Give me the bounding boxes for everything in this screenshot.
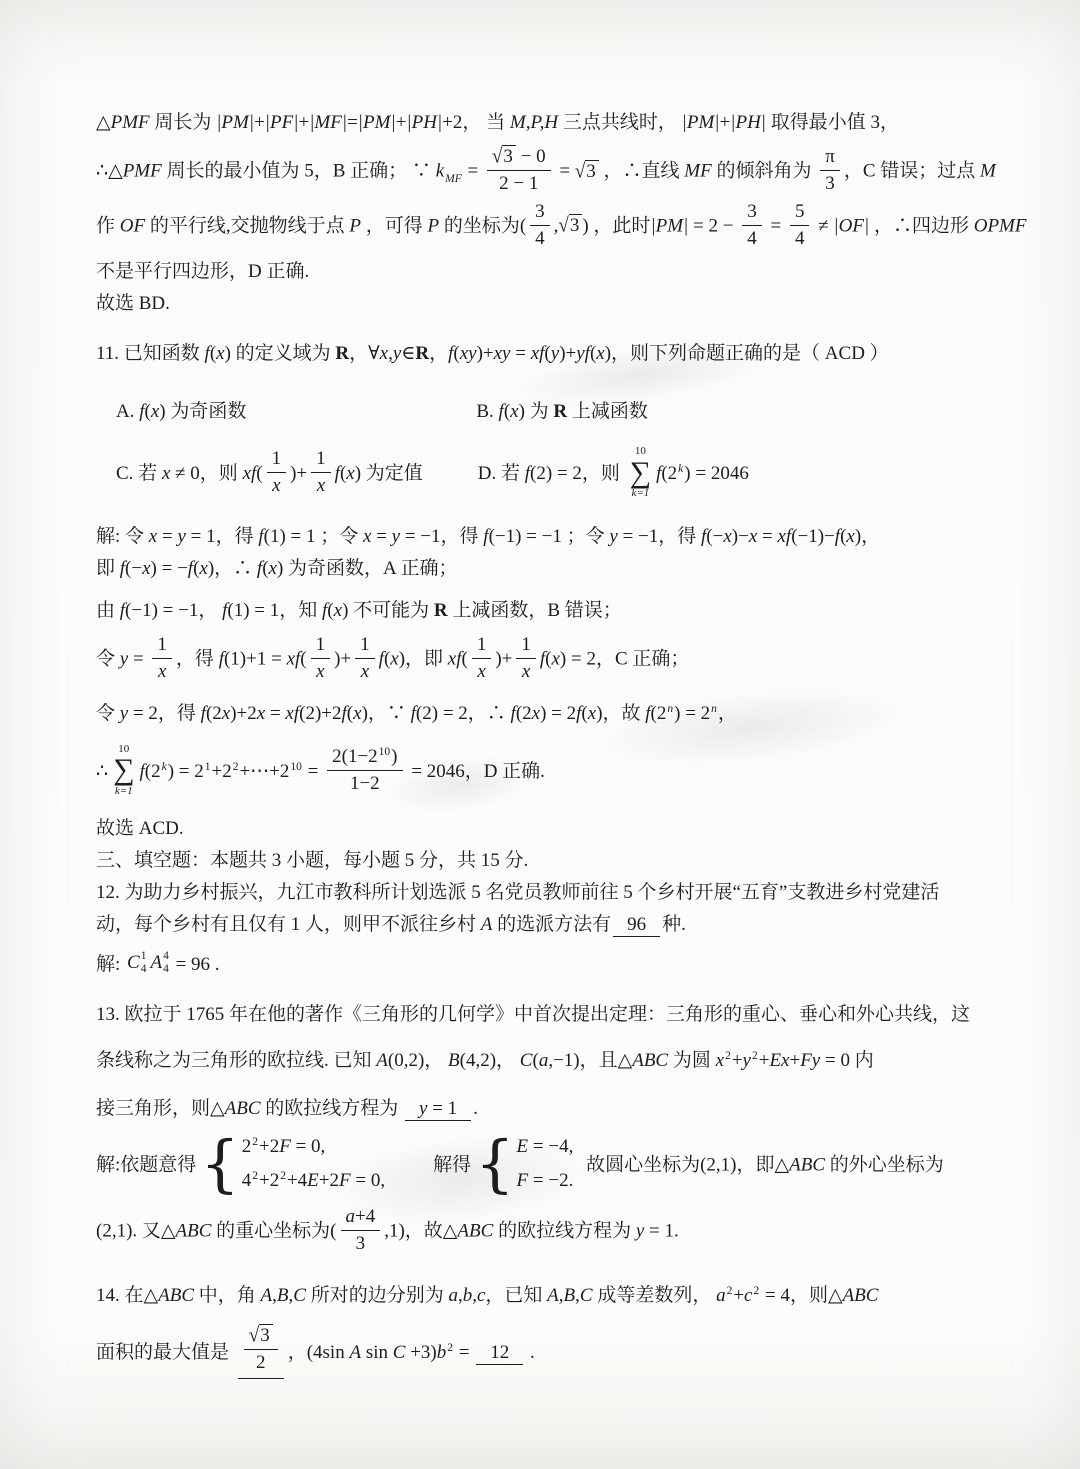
tok-t: (1)+1 = xyxy=(224,649,287,670)
case-rows: 22+2F = 0,42+22+4E+2F = 0, xyxy=(242,1136,385,1192)
tok-t: 的选派方法有 xyxy=(492,914,611,935)
tok-t: + xyxy=(732,1050,743,1071)
ss-base: C xyxy=(127,948,140,978)
tok-t: 解: 令 xyxy=(96,526,149,547)
tok-i: |OF| xyxy=(833,215,869,236)
tok-sup: 2 xyxy=(727,1285,733,1297)
numerator: 3 xyxy=(742,201,762,226)
tok-t: 解:依题意得 xyxy=(96,1155,196,1176)
tok-frac: 1x xyxy=(472,634,492,683)
tok-t: (2 xyxy=(651,703,667,724)
tok-sup: k xyxy=(162,761,167,773)
tok-t: = 0 内 xyxy=(820,1050,873,1071)
q11-sol-line5: 令 y = 2，得 f(2x)+2x = xf(2)+2f(x)，∵ f(2) … xyxy=(96,699,1028,729)
tok-i: A xyxy=(261,1285,273,1306)
tok-i: xf xyxy=(777,526,791,547)
q12-solution: 解: C14A44 = 96 . xyxy=(96,950,1028,981)
tok-t: ) 为定值 xyxy=(355,463,423,484)
tok-i: b xyxy=(437,1342,447,1363)
tok-i: OPMF xyxy=(974,215,1027,236)
tok-t: ) 为奇函数，A 正确； xyxy=(277,558,458,579)
tok-i: x xyxy=(390,649,398,670)
tok-i: B xyxy=(277,1285,289,1306)
radicand: 3 xyxy=(569,214,583,236)
tok-t: )− xyxy=(732,526,749,547)
sigma-icon: ∑ xyxy=(113,756,134,785)
q12-stem-line2: 动，每个乡村有且仅有 1 人，则甲不派往乡村 A 的选派方法有96种. xyxy=(96,910,1028,940)
radical-sign-icon: √ xyxy=(575,156,585,188)
tok-t: 5 xyxy=(795,201,805,222)
q14-stem-line1: 14. 在△ABC 中，角 A,B,C 所对的边分别为 a,b,c，已知 A,B… xyxy=(96,1281,1028,1311)
q11-stem: 11. 已知函数 f(x) 的定义域为 R，∀x,y∈R，f(xy)+xy = … xyxy=(96,339,1028,369)
document-body: △PMF 周长为 |PM|+|PF|+|MF|=|PM|+|PH|+2， 当 M… xyxy=(96,108,1028,1381)
tok-i: B xyxy=(564,1285,576,1306)
tok-t: 12. 为助力乡村振兴，九江市教科所计划选派 5 名党员教师前往 5 个乡村开展… xyxy=(96,882,939,903)
tok-t: D. 若 xyxy=(478,463,525,484)
q14-stem-line2: 面积的最大值是 √32，(4sin A sin C +3)b2 = 12 . xyxy=(96,1327,1028,1381)
tok-t: 解: xyxy=(96,954,125,975)
tok-i: ABC xyxy=(225,1098,261,1119)
tok-sup: 2 xyxy=(280,1170,286,1182)
tok-t: 2(1−2 xyxy=(332,746,378,767)
tok-t: = 2 − xyxy=(688,215,738,236)
sum-lower-limit: k=1 xyxy=(631,487,649,500)
tok-t: (2 xyxy=(661,463,677,484)
tok-t: 三、填空题：本题共 3 小题，每小题 5 分，共 15 分. xyxy=(96,850,528,871)
tok-i: E xyxy=(517,1136,529,1157)
tok-t: )，则下列命题正确的是（ ACD ） xyxy=(605,343,889,364)
tok-i: x xyxy=(380,343,388,364)
tok-i: OF xyxy=(120,215,145,236)
tok-t: + xyxy=(298,112,309,133)
tok-sub: MF xyxy=(445,173,462,185)
tok-frac: 34 xyxy=(742,201,762,250)
sum-lower-limit: k=1 xyxy=(115,785,133,798)
tok-i: P xyxy=(349,215,361,236)
tok-frac: 1x xyxy=(355,634,375,683)
tok-i: ABC xyxy=(158,1285,194,1306)
tok-t: 面积的最大值是 xyxy=(96,1342,234,1363)
tok-t: ，∴直线 xyxy=(599,161,685,182)
tok-sup: k xyxy=(678,463,683,475)
tok-t: = 1. xyxy=(644,1221,678,1242)
ss-base: A xyxy=(150,948,162,978)
tok-t: (2 xyxy=(145,761,161,782)
tok-t: = 1 xyxy=(427,1098,457,1119)
tok-t: = xyxy=(555,161,575,182)
tok-t: )，∵ xyxy=(362,703,411,724)
answer-blank: 12 xyxy=(476,1342,523,1365)
tok-i: C xyxy=(393,1342,406,1363)
tok-b: R xyxy=(415,343,429,364)
tok-t: ) 为 xyxy=(519,401,554,422)
tok-i: A xyxy=(481,914,493,935)
tok-i: A xyxy=(349,1342,361,1363)
tok-sup: 2 xyxy=(752,1050,758,1062)
tok-t: 1 xyxy=(360,634,370,655)
tok-t: 2 − 1 xyxy=(499,173,538,194)
tok-t: = 4，则△ xyxy=(760,1285,842,1306)
tok-t: 2 xyxy=(242,1136,252,1157)
denominator: 2 xyxy=(244,1350,278,1374)
tok-t: ) = 2，C 正确； xyxy=(560,649,689,670)
tok-t: )，∴ xyxy=(208,558,257,579)
tok-frac: 34 xyxy=(530,201,550,250)
tok-t: 作 xyxy=(96,215,120,236)
tok-i: x xyxy=(353,703,361,724)
tok-t: 成等差数列， xyxy=(593,1285,717,1306)
brace-icon: { xyxy=(200,1138,239,1191)
tok-t: )，即 xyxy=(399,649,448,670)
tok-t: = xyxy=(303,761,323,782)
numerator: 1 xyxy=(472,634,492,659)
tok-b: R xyxy=(434,600,448,621)
tok-t: ≠ 0，则 xyxy=(170,463,242,484)
tok-t: = 2，得 xyxy=(128,703,200,724)
tok-t: +2 xyxy=(319,1170,339,1191)
tok-i: C xyxy=(580,1285,593,1306)
q13-stem-line3: 接三角形，则△ABC 的欧拉线方程为 y = 1. xyxy=(96,1094,1028,1124)
tok-i: c xyxy=(744,1285,752,1306)
tok-t: ，可得 xyxy=(361,215,428,236)
radical-sign-icon: √ xyxy=(492,145,502,169)
denominator: x xyxy=(516,659,536,683)
tok-i: |PH| xyxy=(730,112,766,133)
tok-t: )+ xyxy=(559,343,576,364)
sigma-icon: ∑ xyxy=(630,459,651,488)
tok-frac: 54 xyxy=(790,201,810,250)
brace-icon: { xyxy=(475,1138,514,1191)
tok-frac: 1x xyxy=(311,634,331,683)
tok-i: F xyxy=(339,1170,351,1191)
tok-i: |PM| xyxy=(216,112,254,133)
tok-i: F xyxy=(279,1136,291,1157)
tok-i: y xyxy=(743,1050,751,1071)
numerator: a+4 xyxy=(341,1206,381,1231)
section-3-header: 三、填空题：本题共 3 小题，每小题 5 分，共 15 分. xyxy=(96,846,1028,876)
tok-t: 动，每个乡村有且仅有 1 人，则甲不派往乡村 xyxy=(96,914,481,935)
tok-i: a xyxy=(448,1285,458,1306)
tok-i: xf xyxy=(285,703,299,724)
tok-t: 三点共线时， xyxy=(558,112,682,133)
tok-t: 4 xyxy=(242,1170,252,1191)
tok-t: ) = 2 xyxy=(540,703,576,724)
tok-t: (1) = 1 ；令 xyxy=(264,526,363,547)
tok-i: x xyxy=(199,558,207,579)
tok-frac: 1x xyxy=(516,634,536,683)
tok-t: )+ xyxy=(477,343,494,364)
tok-t: ,1)，故△ xyxy=(384,1221,457,1242)
tok-i: x xyxy=(522,661,530,682)
tok-t: ，∴四边形 xyxy=(869,215,974,236)
tok-sup: 2 xyxy=(753,1285,759,1297)
tok-i: y xyxy=(120,649,128,670)
tok-ss: A44 xyxy=(150,948,168,978)
radicand: 3 xyxy=(585,160,599,182)
tok-i: x xyxy=(216,343,224,364)
case-row: E = −4, xyxy=(517,1136,574,1158)
tok-t: ) = 2 xyxy=(674,703,710,724)
tok-t: ,−1)，且△ xyxy=(548,1050,632,1071)
tok-t: +4 xyxy=(287,1170,307,1191)
tok-i: B xyxy=(448,1050,460,1071)
tok-t: )+2 xyxy=(230,703,257,724)
tok-t: 1−2 xyxy=(350,773,380,794)
tok-t: +⋯+2 xyxy=(239,761,289,782)
tok-i: x xyxy=(723,526,731,547)
tok-t: sin xyxy=(361,1342,393,1363)
tok-t: (− xyxy=(125,558,142,579)
tok-t: )+ xyxy=(334,649,351,670)
tok-i: C xyxy=(520,1050,533,1071)
q11-sol-line3: 由 f(−1) = −1， f(1) = 1，知 f(x) 不可能为 R 上减函… xyxy=(96,596,1028,626)
tok-i: E xyxy=(307,1170,319,1191)
tok-t: +2 xyxy=(259,1136,279,1157)
tok-t: ) ，此时 xyxy=(582,215,650,236)
tok-i: xf xyxy=(448,649,462,670)
tok-i: yf xyxy=(576,343,590,364)
tok-i: |PH| xyxy=(406,112,442,133)
tok-t: 的外心坐标为 xyxy=(825,1155,944,1176)
numerator: 3 xyxy=(530,201,550,226)
tok-t: = 1，得 xyxy=(186,526,258,547)
denominator: 2 − 1 xyxy=(487,171,551,195)
tok-t: +2 xyxy=(259,1170,279,1191)
tok-i: M,P,H xyxy=(510,112,558,133)
q10-sol-line4: 不是平行四边形，D 正确. xyxy=(96,257,1028,287)
tok-t: 令 xyxy=(96,703,120,724)
tok-i: y xyxy=(393,343,401,364)
tok-t: ) 为奇函数 xyxy=(159,401,246,422)
tok-t: 的坐标为( xyxy=(439,215,526,236)
denominator: 4 xyxy=(530,226,550,250)
tok-t: 接三角形，则△ xyxy=(96,1098,225,1119)
tok-i: x xyxy=(532,703,540,724)
tok-t: = 0, xyxy=(351,1170,385,1191)
tok-i: A xyxy=(547,1285,559,1306)
tok-sup: 2 xyxy=(447,1342,453,1354)
tok-sum: 10∑k=1 xyxy=(630,445,651,500)
tok-t: ) 不可能为 xyxy=(342,600,434,621)
tok-t: 上减函数，B 错误； xyxy=(448,600,622,621)
tok-t: (−1) = −1 ；令 xyxy=(489,526,610,547)
tok-cases: {22+2F = 0,42+22+4E+2F = 0, xyxy=(200,1136,385,1192)
denominator: 4 xyxy=(790,226,810,250)
tok-t: = −4, xyxy=(528,1136,573,1157)
tok-i: PMF xyxy=(111,112,150,133)
tok-sup: n xyxy=(667,703,673,715)
tok-t: C. 若 xyxy=(116,463,162,484)
tok-i: x xyxy=(510,401,518,422)
tok-i: C xyxy=(293,1285,306,1306)
tok-t: 3 xyxy=(747,201,757,222)
tok-i: y xyxy=(636,1221,644,1242)
q13-stem-line2: 条线称之为三角形的欧拉线. 已知 A(0,2)， B(4,2)， C(a,−1)… xyxy=(96,1046,1028,1076)
denominator: x xyxy=(472,659,492,683)
tok-i: ABC xyxy=(176,1221,212,1242)
tok-i: Fy xyxy=(800,1050,820,1071)
tok-t: )+ xyxy=(290,463,307,484)
tok-t: ，C 错误；过点 xyxy=(844,161,980,182)
tok-i: xf xyxy=(531,343,545,364)
tok-sqrt: √3 xyxy=(575,157,599,187)
tok-t: 的欧拉线方程为 xyxy=(493,1221,636,1242)
tok-t: +3) xyxy=(405,1342,436,1363)
tok-t: = 0, xyxy=(291,1136,325,1157)
numerator: 5 xyxy=(790,201,810,226)
tok-sqrt: √3 xyxy=(558,211,582,241)
tok-t: 解得 xyxy=(433,1155,471,1176)
tok-t: (2) = 2，∴ xyxy=(416,703,511,724)
tok-t: ， xyxy=(718,703,737,724)
tok-t: △ xyxy=(96,112,111,133)
tok-i: x xyxy=(317,475,325,496)
tok-t: = xyxy=(463,161,483,182)
tok-t: +2 xyxy=(212,761,232,782)
tok-t: = xyxy=(347,112,358,133)
tok-frac: √3 − 02 − 1 xyxy=(487,146,551,195)
tok-t: 故选 BD. xyxy=(96,293,170,314)
tok-t: 周长的最小值为 5，B 正确； ∵ xyxy=(162,161,436,182)
q10-answer: 故选 BD. xyxy=(96,289,1028,319)
tok-t: A. xyxy=(116,401,139,422)
tok-i: x xyxy=(346,463,354,484)
tok-t: ，已知 xyxy=(485,1285,547,1306)
tok-t: 即 xyxy=(96,558,120,579)
tok-t: . xyxy=(473,1098,478,1119)
tok-t: = xyxy=(766,215,786,236)
tok-i: |MF| xyxy=(309,112,347,133)
tok-t: )，故 xyxy=(596,703,645,724)
tok-t: − 0 xyxy=(516,146,546,167)
tok-t: (1) = 1，知 xyxy=(227,600,322,621)
tok-i: ABC xyxy=(632,1050,668,1071)
q11-sol-line2: 即 f(−x) = −f(x)，∴ f(x) 为奇函数，A 正确； xyxy=(96,554,1028,584)
denominator: x xyxy=(267,473,287,497)
tok-i: y xyxy=(392,526,400,547)
tok-i: x xyxy=(749,526,757,547)
tok-frac: 1x xyxy=(311,448,331,497)
tok-t: 1 xyxy=(272,448,282,469)
q11-options-ab: A. f(x) 为奇函数B. f(x) 为 R 上减函数 xyxy=(96,397,1028,427)
tok-t: ( xyxy=(462,649,468,670)
tok-t: 11. 已知函数 xyxy=(96,343,205,364)
tok-t: 96 xyxy=(627,914,646,935)
tok-i: x xyxy=(316,661,324,682)
ss-scripts: 14 xyxy=(141,950,147,976)
tok-i: x xyxy=(222,703,230,724)
tok-t: 3 xyxy=(825,173,835,194)
radicand: 3 xyxy=(259,1324,273,1346)
tok-t: ，∀ xyxy=(349,343,379,364)
tok-t: (2 xyxy=(516,703,532,724)
tok-t: = −1，得 xyxy=(618,526,701,547)
scanned-exam-solution-page: △PMF 周长为 |PM|+|PF|+|MF|=|PM|+|PH|+2， 当 M… xyxy=(0,0,1080,1469)
tok-t: ) = − xyxy=(151,558,188,579)
tok-t: )+ xyxy=(495,649,512,670)
tok-t: 不是平行四边形，D 正确. xyxy=(96,261,309,282)
tok-ss: C14 xyxy=(127,948,146,978)
tok-sum: 10∑k=1 xyxy=(113,743,134,798)
denominator: 4 xyxy=(742,226,762,250)
tok-i: A xyxy=(376,1050,388,1071)
numerator: 1 xyxy=(311,448,331,473)
numerator: 1 xyxy=(516,634,536,659)
tok-t: ≠ xyxy=(813,215,833,236)
tok-t: ∴△ xyxy=(96,161,123,182)
tok-t: 的欧拉线方程为 xyxy=(261,1098,404,1119)
q13-sol-line2: (2,1). 又△ABC 的重心坐标为(a+43,1)，故△ABC 的欧拉线方程… xyxy=(96,1208,1028,1257)
tok-t: + xyxy=(789,1050,800,1071)
tok-t: 种. xyxy=(662,914,686,935)
tok-i: a xyxy=(346,1206,356,1227)
answer-blank: y = 1 xyxy=(405,1098,471,1121)
tok-t: + xyxy=(396,112,407,133)
tok-t: 由 xyxy=(96,600,120,621)
tok-t: = xyxy=(510,343,530,364)
tok-sqrt: √3 xyxy=(249,1325,273,1347)
tok-t: 为圆 xyxy=(668,1050,716,1071)
tok-t: 1 xyxy=(521,634,531,655)
tok-t: + xyxy=(759,1050,770,1071)
q13-stem-line1: 13. 欧拉于 1765 年在他的著作《三角形的几何学》中首次提出定理：三角形的… xyxy=(96,1000,1028,1030)
tok-t: = xyxy=(757,526,777,547)
tok-t: + xyxy=(254,112,265,133)
tok-t: ( xyxy=(300,649,306,670)
tok-t: 4 xyxy=(795,228,805,249)
tok-t: 3 xyxy=(356,1233,366,1254)
tok-t: ∴ xyxy=(96,761,108,782)
denominator: x xyxy=(311,473,331,497)
tok-t: ) xyxy=(391,746,397,767)
tok-t: 1 xyxy=(316,448,326,469)
tok-sup: 2 xyxy=(233,761,239,773)
case-rows: E = −4,F = −2. xyxy=(517,1136,574,1192)
tok-i: y xyxy=(120,703,128,724)
tok-t: 的倾斜角为 xyxy=(712,161,817,182)
tok-i: ABC xyxy=(457,1221,493,1242)
tok-i: ABC xyxy=(843,1285,879,1306)
tok-sup: 10 xyxy=(290,761,302,773)
tok-t: (2) = 2，则 xyxy=(530,463,625,484)
tok-i: x xyxy=(269,558,277,579)
q10-sol-line1: △PMF 周长为 |PM|+|PF|+|MF|=|PM|+|PH|+2， 当 M… xyxy=(96,108,1028,138)
tok-t: 条线称之为三角形的欧拉线. 已知 xyxy=(96,1050,376,1071)
tok-i: x xyxy=(334,600,342,621)
tok-i: |PM| xyxy=(650,215,688,236)
tok-sup: 2 xyxy=(252,1170,258,1182)
numerator: 1 xyxy=(152,634,172,659)
tok-i: x xyxy=(158,661,166,682)
tok-i: xf xyxy=(243,463,257,484)
numerator: √3 − 0 xyxy=(487,146,551,171)
q11-sol-line6: ∴10∑k=1f(2k) = 21+22+⋯+210 = 2(1−210)1−2… xyxy=(96,745,1028,800)
tok-t: (4,2)， xyxy=(460,1050,520,1071)
denominator: 1−2 xyxy=(327,771,402,795)
tok-t: = xyxy=(454,1342,474,1363)
radical-sign-icon: √ xyxy=(249,1324,259,1348)
tok-t: = xyxy=(128,649,148,670)
tok-frac: 1x xyxy=(267,448,287,497)
tok-i: x xyxy=(477,661,485,682)
tok-t: = 96 . xyxy=(171,954,220,975)
tok-frac: 2(1−210)1−2 xyxy=(327,746,402,795)
q13-sol-line1: 解:依题意得{22+2F = 0,42+22+4E+2F = 0,解得{E = … xyxy=(96,1138,1028,1194)
q11-options-cd: C. 若 x ≠ 0，则 xf(1x)+1xf(x) 为定值D. 若 f(2) … xyxy=(96,447,1028,502)
tok-i: |PM| xyxy=(682,112,720,133)
case-row: 42+22+4E+2F = 0, xyxy=(242,1170,385,1192)
tok-t: 3 xyxy=(535,201,545,222)
